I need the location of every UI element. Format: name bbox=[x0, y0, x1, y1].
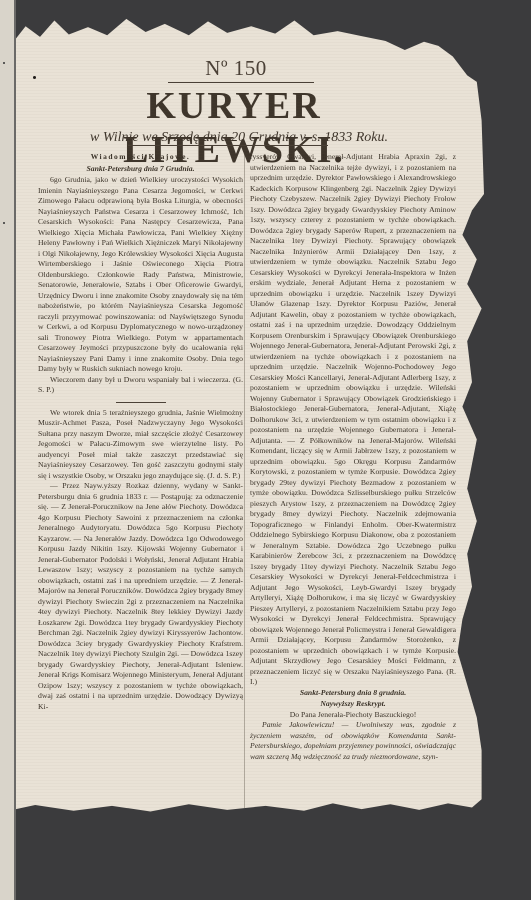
ink-spot bbox=[483, 210, 486, 213]
newspaper-page: Nº 150 KURYER LITEWSKI. w Wilnie we Srzo… bbox=[16, 14, 496, 832]
rescript-heading: Naywyższy Reskrypt. bbox=[250, 699, 456, 710]
left-column: Wiadomości Krajowe. Sankt-Petersburg dni… bbox=[38, 152, 243, 712]
ink-mark bbox=[3, 62, 5, 64]
article-paragraph: Wieczorem dany był u Dworu wspaniały bal… bbox=[38, 375, 243, 396]
rescript-text: Pamie Jakowlewiczu! — Uwolniwszy was, zg… bbox=[250, 720, 456, 762]
ink-spot bbox=[33, 76, 36, 79]
article-separator bbox=[116, 402, 166, 403]
article-paragraph: We wtorek dnia 5 teraźnieyszego grudnia,… bbox=[38, 408, 243, 482]
adjacent-page-edge bbox=[0, 0, 16, 900]
article-dateline: Sankt-Petersburg dnia 8 grudnia. bbox=[250, 688, 456, 699]
column-divider bbox=[244, 150, 245, 810]
article-paragraph: ryssyerów Gwardyi, Jenerał-Adjutant Hrab… bbox=[250, 152, 456, 688]
rescript-address: Do Pana Jenerała-Piechoty Baszuckiego! bbox=[250, 710, 456, 721]
article-paragraph: — Przez Nayw.yższy Rozkaz dzienny, wydan… bbox=[38, 481, 243, 712]
ink-spot bbox=[86, 864, 90, 869]
issue-number: Nº 150 bbox=[176, 56, 296, 81]
ink-mark bbox=[3, 222, 5, 224]
section-heading: Wiadomości Krajowe. bbox=[38, 152, 243, 163]
masthead-rule-bottom bbox=[128, 145, 328, 146]
publication-dateline: w Wilnie we Srzodę dnia 20 Grudnia v. s.… bbox=[54, 130, 424, 146]
ink-spot bbox=[79, 818, 83, 825]
article-dateline: Sankt-Petersburg dnia 7 Grudnia. bbox=[38, 164, 243, 175]
masthead-rule-top bbox=[168, 82, 314, 83]
right-column: ryssyerów Gwardyi, Jenerał-Adjutant Hrab… bbox=[250, 152, 456, 762]
article-paragraph: 6go Grudnia, jako w dzień Wielkiey urocz… bbox=[38, 175, 243, 375]
